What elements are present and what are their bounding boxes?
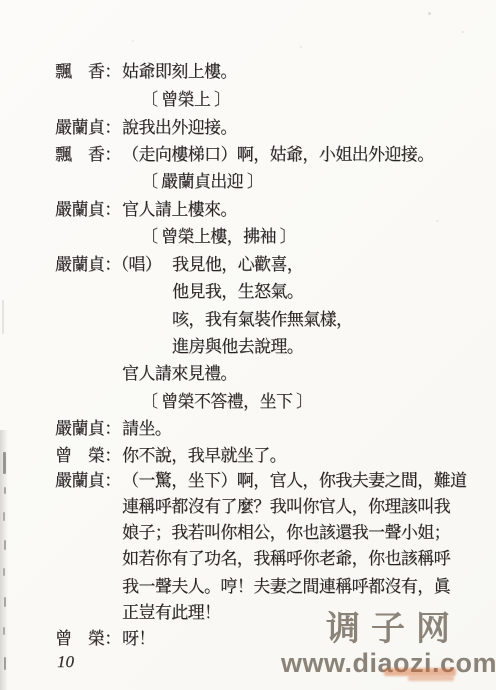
line-text: 請坐。 xyxy=(122,417,171,441)
stage-direction-line: 〔 曾榮上 〕 xyxy=(0,88,496,112)
paper-speck xyxy=(462,31,464,33)
line-text: 〔 曾榮上樓，拂袖 〕 xyxy=(141,225,296,249)
page-number: 10 xyxy=(57,652,74,672)
watermark-accent-smudge xyxy=(384,668,456,676)
speaker-name: 嚴蘭貞： xyxy=(55,116,121,140)
line-text: 如若你有了功名，我稱呼你老爺，你也該稱呼 xyxy=(122,547,450,571)
dialogue-line: 飄 香：（走向樓梯口）啊，姑爺，小姐出外迎接。 xyxy=(0,143,496,167)
sing-tag: （唱） xyxy=(112,253,161,277)
speaker-name: 嚴蘭貞： xyxy=(55,253,121,277)
binding-mark xyxy=(4,540,6,550)
dialogue-line: 嚴蘭貞：說我出外迎接。 xyxy=(0,116,496,140)
line-text: 官人請上樓來。 xyxy=(122,198,237,222)
dialogue-line: 嚴蘭貞：請坐。 xyxy=(0,417,496,441)
lyric-line: 他見我，生怒氣。 xyxy=(0,280,496,304)
binding-mark xyxy=(3,568,5,576)
stage-direction-line: 〔 曾榮不答禮，坐下 〕 xyxy=(0,390,496,414)
binding-mark xyxy=(4,597,6,607)
binding-mark xyxy=(3,627,5,635)
speaker-name: 嚴蘭貞： xyxy=(55,417,121,441)
paper-speck xyxy=(428,12,431,15)
lyric-line: 嚴蘭貞：（唱）我見他，心歡喜， xyxy=(0,253,496,277)
line-text: （走向樓梯口）啊，姑爺，小姐出外迎接。 xyxy=(122,143,434,167)
dialogue-line: 曾 榮：你不說，我早就坐了。 xyxy=(0,444,496,468)
line-text: 正豈有此理！ xyxy=(122,601,220,625)
speaker-name: 飄 香： xyxy=(55,143,121,167)
continuation-line: 我一聲夫人。哼！夫妻之間連稱呼都沒有，眞 xyxy=(0,575,496,599)
continuation-line: 連稱呼都沒有了麼？我叫你官人，你理該叫我 xyxy=(0,495,496,519)
line-text: 連稱呼都沒有了麼？我叫你官人，你理該叫我 xyxy=(122,495,450,519)
dialogue-line: 飄 香：姑爺即刻上樓。 xyxy=(0,60,496,84)
continuation-line: 如若你有了功名，我稱呼你老爺，你也該稱呼 xyxy=(0,547,496,571)
binding-mark xyxy=(4,657,6,670)
continuation-line: 官人請來見禮。 xyxy=(0,362,496,386)
speaker-name: 曾 榮： xyxy=(55,444,121,468)
binding-mark xyxy=(2,300,4,334)
line-text: 我見他，心歡喜， xyxy=(172,253,303,277)
binding-mark xyxy=(3,452,6,474)
watermark-accent-smudge xyxy=(408,676,454,681)
line-text: 呀！ xyxy=(122,627,155,651)
paper-speck xyxy=(436,220,439,222)
line-text: 姑爺即刻上樓。 xyxy=(122,60,237,84)
line-text: 說我出外迎接。 xyxy=(122,116,237,140)
line-text: （一驚，坐下）啊，官人，你我夫妻之間，難道 xyxy=(122,469,466,493)
binding-mark xyxy=(4,487,6,494)
line-text: 我一聲夫人。哼！夫妻之間連稱呼都沒有，眞 xyxy=(122,575,450,599)
lyric-line: 咳，我有氣裝作無氣樣， xyxy=(0,308,496,332)
lyric-line: 進房與他去說理。 xyxy=(0,335,496,359)
speaker-name: 嚴蘭貞： xyxy=(55,198,121,222)
line-text: 你不說，我早就坐了。 xyxy=(122,444,286,468)
stage-direction-line: 〔 曾榮上樓，拂袖 〕 xyxy=(0,225,496,249)
binding-mark xyxy=(3,512,5,521)
line-text: 他見我，生怒氣。 xyxy=(172,280,303,304)
speaker-name: 嚴蘭貞： xyxy=(55,469,121,493)
line-text: 咳，我有氣裝作無氣樣， xyxy=(172,308,352,332)
dialogue-line: 嚴蘭貞：（一驚，坐下）啊，官人，你我夫妻之間，難道 xyxy=(0,469,496,493)
speaker-name: 飄 香： xyxy=(55,60,121,84)
line-text: 〔 嚴蘭貞出迎 〕 xyxy=(141,170,263,194)
line-text: 進房與他去說理。 xyxy=(172,335,303,359)
dialogue-line: 嚴蘭貞：官人請上樓來。 xyxy=(0,198,496,222)
line-text: 〔 曾榮上 〕 xyxy=(141,88,230,112)
line-text: 〔 曾榮不答禮，坐下 〕 xyxy=(141,390,312,414)
line-text: 娘子；我若叫你相公，你也該還我一聲小姐； xyxy=(122,521,450,545)
paper-speck xyxy=(132,40,134,42)
speaker-name: 曾 榮： xyxy=(55,627,121,651)
stage-direction-line: 〔 嚴蘭貞出迎 〕 xyxy=(0,170,496,194)
watermark-site-name: 调子网 xyxy=(326,611,461,647)
paper-speck xyxy=(300,46,302,48)
continuation-line: 娘子；我若叫你相公，你也該還我一聲小姐； xyxy=(0,521,496,545)
book-page: 飄 香：姑爺即刻上樓。〔 曾榮上 〕嚴蘭貞：說我出外迎接。飄 香：（走向樓梯口）… xyxy=(0,0,496,690)
line-text: 官人請來見禮。 xyxy=(122,362,237,386)
